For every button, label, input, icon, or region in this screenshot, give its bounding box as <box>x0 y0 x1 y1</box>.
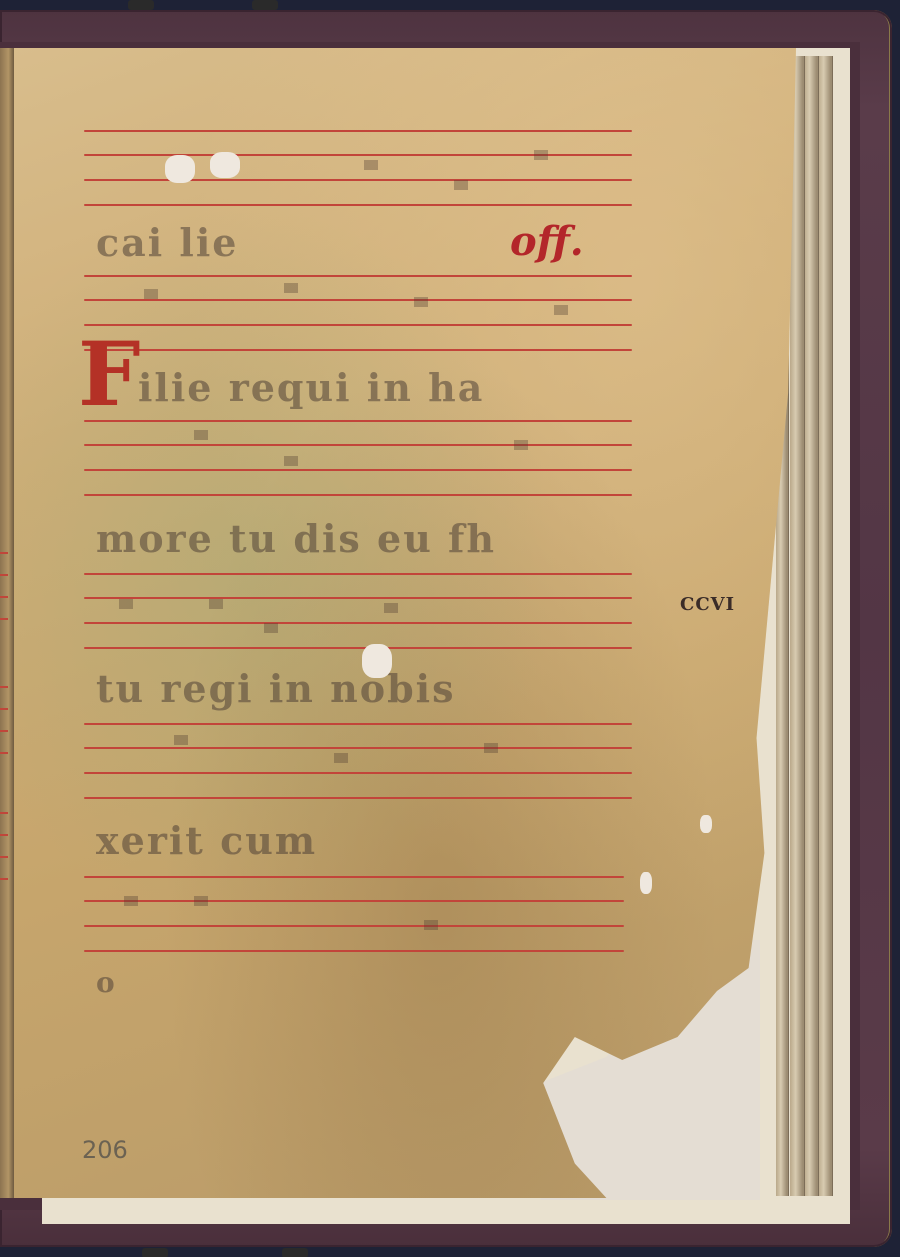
folio-number: CCVI <box>680 594 735 615</box>
ruling-tick <box>0 686 8 688</box>
pencil-folio-number: 206 <box>82 1136 128 1164</box>
leaf-edge <box>804 56 819 1196</box>
ruling-tick <box>0 618 8 620</box>
music-staff <box>84 876 624 952</box>
ruling-tick <box>0 552 8 554</box>
ruling-tick <box>0 834 8 836</box>
hole <box>700 815 712 833</box>
clasp <box>142 1248 168 1257</box>
hole <box>362 644 392 678</box>
chant-text-line: tu regi in nobis <box>96 666 456 711</box>
music-staff <box>84 420 632 496</box>
chant-text-line: o <box>96 966 117 999</box>
leaf-edge <box>818 56 833 1196</box>
ruling-tick <box>0 856 8 858</box>
gutter <box>0 48 14 1198</box>
chant-text-line: ilie requi in ha <box>138 365 484 410</box>
offertory-rubric: off. <box>510 218 584 265</box>
hole <box>165 155 195 183</box>
clasp <box>252 0 278 10</box>
ruling-tick <box>0 730 8 732</box>
clasp <box>128 0 154 10</box>
clasp <box>282 1248 308 1257</box>
chant-text-line: xerit cum <box>96 818 317 863</box>
ruling-tick <box>0 812 8 814</box>
ruling-tick <box>0 752 8 754</box>
chant-text-line: more tu dis eu fh <box>96 516 496 561</box>
ruling-tick <box>0 574 8 576</box>
ruling-tick <box>0 878 8 880</box>
red-initial: F <box>78 330 140 418</box>
hole <box>210 152 240 178</box>
ruling-tick <box>0 708 8 710</box>
music-staff <box>84 573 632 649</box>
ruling-tick <box>0 596 8 598</box>
hole <box>640 872 652 894</box>
chant-text-line: cai lie <box>96 220 238 265</box>
leaf-edge <box>790 56 805 1196</box>
music-staff <box>84 275 632 351</box>
music-staff <box>84 723 632 799</box>
